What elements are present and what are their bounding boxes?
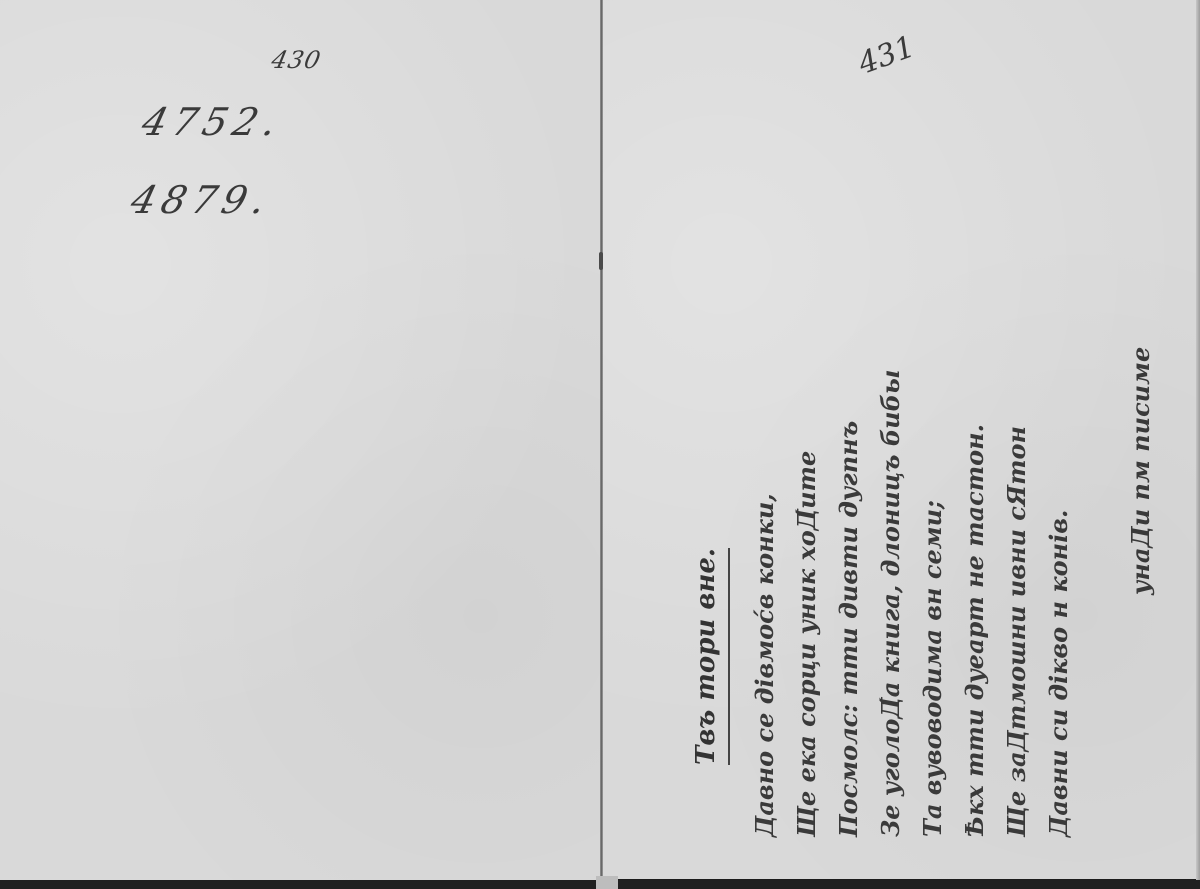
book-spine — [600, 0, 603, 880]
left-page — [0, 0, 602, 880]
left-page-number: 430 — [269, 46, 324, 74]
poem-line: Давни си дікво н конів. — [1038, 255, 1080, 837]
inventory-number-1: 4752. — [138, 100, 288, 144]
poem-line: Зе уголоД́а книга, длоницъ бибы — [870, 255, 912, 837]
poem-title: Твъ тори вне. — [686, 548, 730, 765]
poem-line: Ще ека сорци уник хоД́ите — [786, 255, 828, 837]
poem-line: Ѣкх тти дуеарт не тастон. — [954, 255, 996, 837]
right-page-edge — [1196, 0, 1200, 880]
poem-line: Ще заДтмошни ивни сЯтон — [996, 255, 1038, 837]
spine-mark — [599, 252, 603, 270]
poem-line: Давно се дівмоćв конки, — [744, 255, 786, 837]
poem-block: Твъ тори вне. Давно се дівмоćв конки, Ще… — [686, 255, 1162, 889]
poem-line: Та вувоводима вн семи; — [912, 255, 954, 837]
notebook-spread: 430 4752. 4879. 431 Твъ тори вне. Давно … — [0, 0, 1200, 889]
poem-line: Посмолс: тти дивти дугпнъ — [828, 255, 870, 837]
inventory-number-2: 4879. — [127, 178, 277, 222]
binding-tab — [596, 876, 618, 889]
poem-signature: унаДи пм писиме — [1120, 255, 1162, 595]
